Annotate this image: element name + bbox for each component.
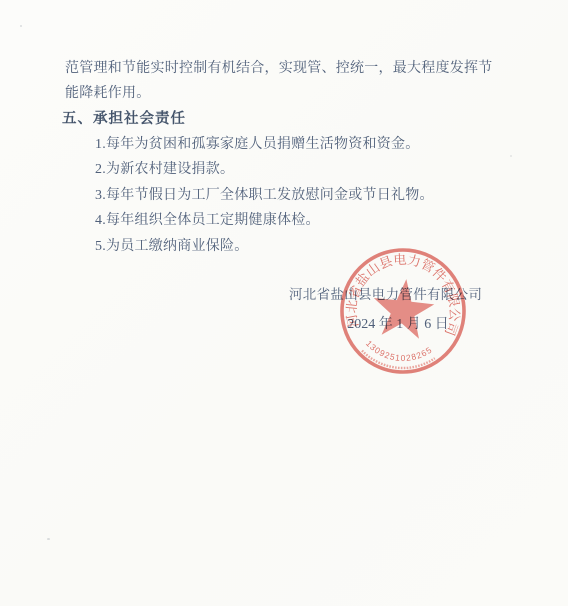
scan-speck: [20, 25, 22, 27]
section-heading: 五、承担社会责任: [62, 107, 522, 128]
signature-date: 2024 年 1 月 6 日: [339, 313, 457, 333]
scanned-document-page: 范管理和节能实时控制有机结合，实现管、控统一，最大程度发挥节 能降耗作用。 五、…: [0, 0, 568, 606]
seal-micro-text-arc: [361, 351, 435, 372]
list-item: 5.为员工缴纳商业保险。: [95, 235, 555, 255]
list-item: 3.每年节假日为工厂全体职工发放慰问金或节日礼物。: [95, 184, 555, 204]
seal-number-text: 1309251028265: [362, 338, 434, 367]
scan-speck: [47, 538, 50, 540]
list-item: 2.为新农村建设捐款。: [95, 158, 555, 178]
list-item: 1.每年为贫困和孤寡家庭人员捐赠生活物资和资金。: [95, 133, 555, 153]
paragraph-line: 能降耗作用。: [65, 82, 525, 102]
seal-ring-border: [336, 244, 470, 378]
signature-company-name: 河北省盐山县电力管件有限公司: [289, 283, 481, 303]
official-seal-stamp: 河北省盐山县电力管件有限公司 1309251028265: [326, 234, 480, 388]
paragraph-line: 范管理和节能实时控制有机结合，实现管、控统一，最大程度发挥节: [65, 57, 525, 77]
list-item: 4.每年组织全体员工定期健康体检。: [95, 209, 555, 229]
scan-speck: [510, 155, 512, 157]
